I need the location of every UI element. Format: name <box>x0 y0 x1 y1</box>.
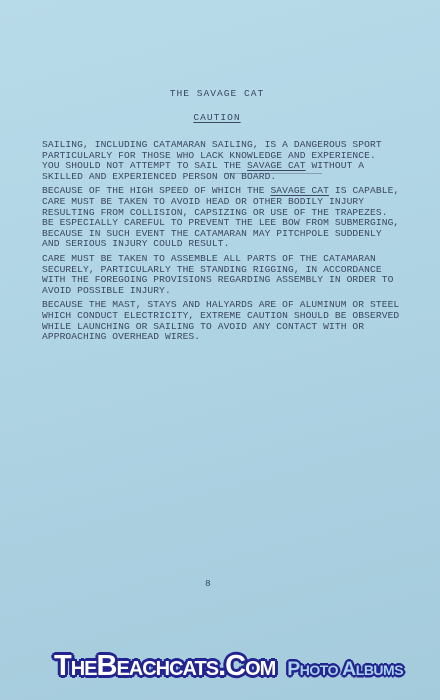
text-line: APPROACHING OVERHEAD WIRES. <box>42 332 414 343</box>
page-number: 8 <box>205 578 235 589</box>
scan-artifact-line <box>224 173 322 174</box>
paragraph: BECAUSE THE MAST, STAYS AND HALYARDS ARE… <box>42 300 414 342</box>
paragraph-list: SAILING, INCLUDING CATAMARAN SAILING, IS… <box>42 140 414 347</box>
document-title: THE SAVAGE CAT <box>0 88 434 99</box>
watermark-brand-logo: TheBeachcats.Com <box>54 652 275 681</box>
watermark-footer: TheBeachcats.Com Photo Albums <box>0 652 440 700</box>
text-line: AND SERIOUS INJURY COULD RESULT. <box>42 239 414 250</box>
text-line: AVOID POSSIBLE INJURY. <box>42 286 414 297</box>
paragraph: SAILING, INCLUDING CATAMARAN SAILING, IS… <box>42 140 414 182</box>
watermark-suffix-label: Photo Albums <box>287 660 403 680</box>
caution-heading: CAUTION <box>0 112 434 123</box>
paragraph: CARE MUST BE TAKEN TO ASSEMBLE ALL PARTS… <box>42 254 414 296</box>
paragraph: BECAUSE OF THE HIGH SPEED OF WHICH THE S… <box>42 186 414 250</box>
